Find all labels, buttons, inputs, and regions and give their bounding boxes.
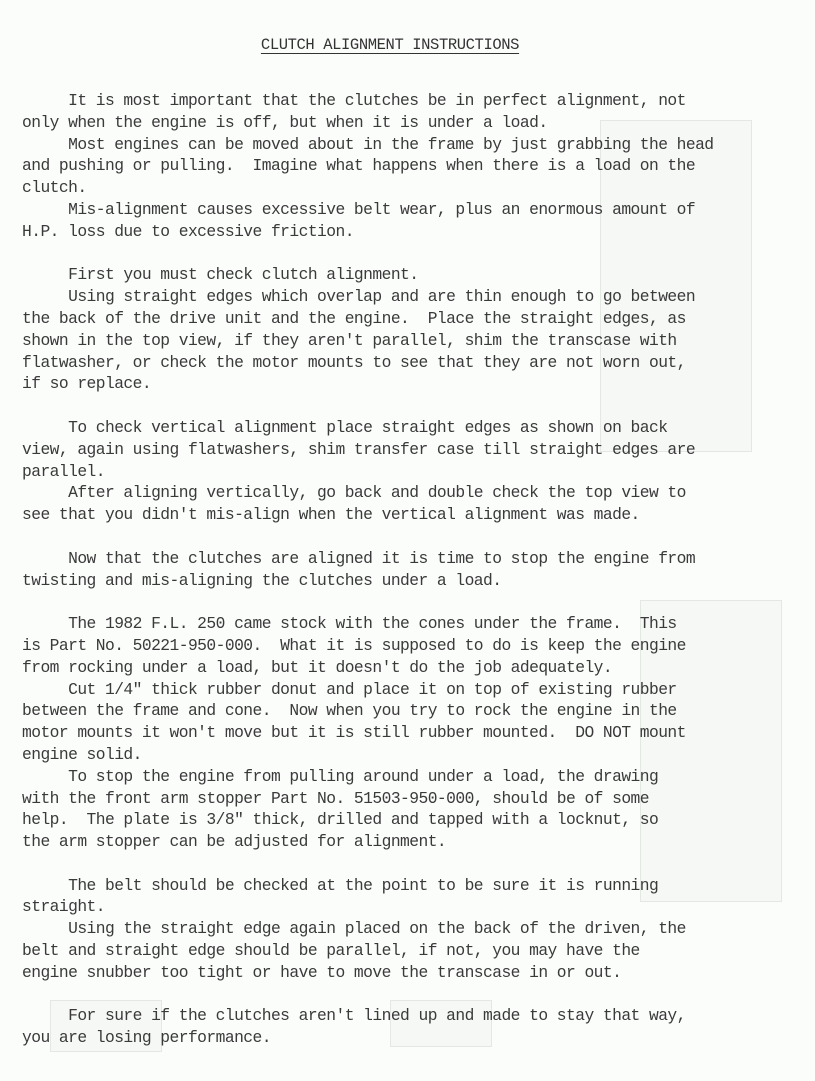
text-line: the back of the drive unit and the engin… [22,308,812,330]
section-gap [22,395,812,417]
text-line: parallel. [22,461,812,483]
paragraph: Cut 1/4" thick rubber donut and place it… [22,679,812,766]
text-line: is Part No. 50221-950-000. What it is su… [22,635,812,657]
text-line: from rocking under a load, but it doesn'… [22,657,812,679]
paragraph: The 1982 F.L. 250 came stock with the co… [22,613,812,678]
paragraph: After aligning vertically, go back and d… [22,482,812,526]
document-title: CLUTCH ALIGNMENT INSTRUCTIONS [0,36,780,54]
text-line: straight. [22,896,812,918]
document-page: CLUTCH ALIGNMENT INSTRUCTIONS It is most… [0,0,815,1081]
section-gap [22,853,812,875]
paragraph: Using the straight edge again placed on … [22,918,812,983]
text-line: only when the engine is off, but when it… [22,112,812,134]
text-line: you are losing performance. [22,1027,812,1049]
document-section: Now that the clutches are aligned it is … [22,548,812,592]
text-line: After aligning vertically, go back and d… [22,482,812,504]
text-line: Mis-alignment causes excessive belt wear… [22,199,812,221]
paragraph: The belt should be checked at the point … [22,875,812,919]
text-line: and pushing or pulling. Imagine what hap… [22,155,812,177]
text-line: shown in the top view, if they aren't pa… [22,330,812,352]
paragraph: Using straight edges which overlap and a… [22,286,812,395]
text-line: The belt should be checked at the point … [22,875,812,897]
text-line: engine snubber too tight or have to move… [22,962,812,984]
text-line: H.P. loss due to excessive friction. [22,221,812,243]
text-line: the arm stopper can be adjusted for alig… [22,831,812,853]
document-section: The belt should be checked at the point … [22,875,812,984]
document-section: It is most important that the clutches b… [22,90,812,243]
text-line: engine solid. [22,744,812,766]
paragraph: Now that the clutches are aligned it is … [22,548,812,592]
text-line: if so replace. [22,373,812,395]
document-section: First you must check clutch alignment. U… [22,264,812,395]
text-line: belt and straight edge should be paralle… [22,940,812,962]
section-gap [22,984,812,1006]
section-gap [22,591,812,613]
paragraph: Most engines can be moved about in the f… [22,134,812,199]
text-line: Most engines can be moved about in the f… [22,134,812,156]
section-gap [22,526,812,548]
text-line: For sure if the clutches aren't lined up… [22,1005,812,1027]
text-line: flatwasher, or check the motor mounts to… [22,352,812,374]
document-section: For sure if the clutches aren't lined up… [22,1005,812,1049]
text-line: To stop the engine from pulling around u… [22,766,812,788]
text-line: twisting and mis-aligning the clutches u… [22,570,812,592]
document-body: It is most important that the clutches b… [22,90,812,1049]
text-line: Using straight edges which overlap and a… [22,286,812,308]
text-line: Cut 1/4" thick rubber donut and place it… [22,679,812,701]
text-line: motor mounts it won't move but it is sti… [22,722,812,744]
text-line: Using the straight edge again placed on … [22,918,812,940]
section-gap [22,243,812,265]
document-section: The 1982 F.L. 250 came stock with the co… [22,613,812,853]
paragraph: It is most important that the clutches b… [22,90,812,134]
paragraph: Mis-alignment causes excessive belt wear… [22,199,812,243]
text-line: help. The plate is 3/8" thick, drilled a… [22,809,812,831]
text-line: To check vertical alignment place straig… [22,417,812,439]
text-line: First you must check clutch alignment. [22,264,812,286]
text-line: clutch. [22,177,812,199]
text-line: The 1982 F.L. 250 came stock with the co… [22,613,812,635]
text-line: It is most important that the clutches b… [22,90,812,112]
text-line: with the front arm stopper Part No. 5150… [22,788,812,810]
text-line: between the frame and cone. Now when you… [22,700,812,722]
paragraph: First you must check clutch alignment. [22,264,812,286]
paragraph: To check vertical alignment place straig… [22,417,812,482]
text-line: see that you didn't mis-align when the v… [22,504,812,526]
document-section: To check vertical alignment place straig… [22,417,812,526]
text-line: Now that the clutches are aligned it is … [22,548,812,570]
paragraph: To stop the engine from pulling around u… [22,766,812,853]
paragraph: For sure if the clutches aren't lined up… [22,1005,812,1049]
text-line: view, again using flatwashers, shim tran… [22,439,812,461]
